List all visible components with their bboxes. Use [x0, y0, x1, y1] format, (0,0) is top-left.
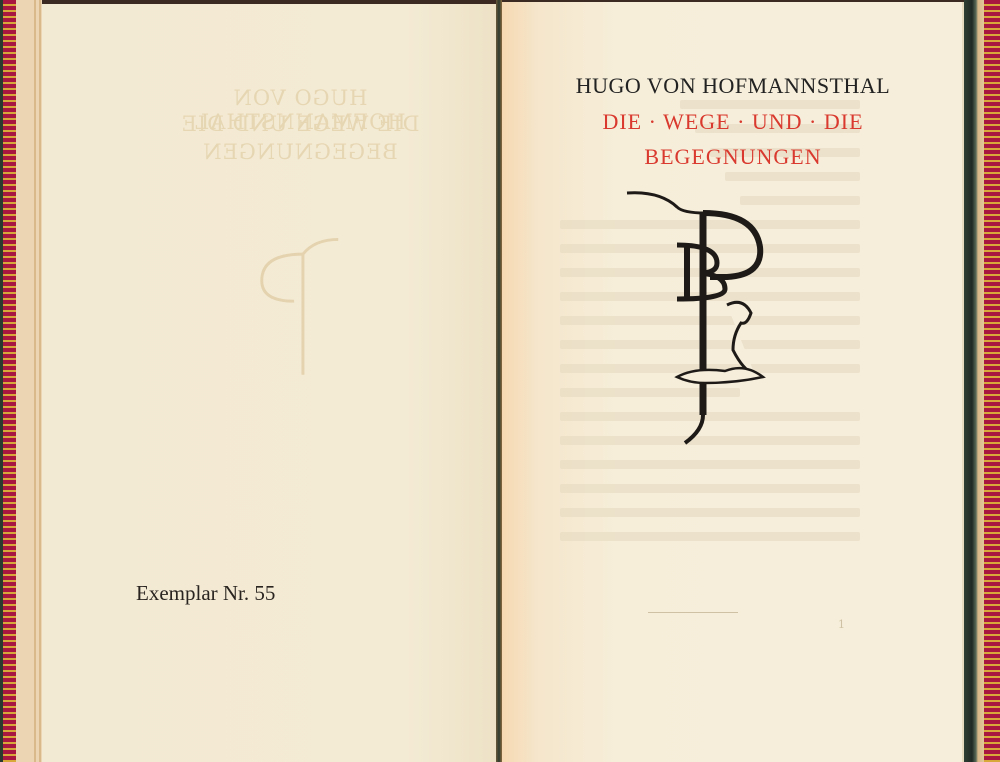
page-edges-right	[964, 0, 984, 762]
show-through-title-1: DIE WEGE UND DIE	[180, 112, 420, 136]
binding-right-edge	[984, 0, 1000, 762]
title-line-2: BEGEGNUNGEN	[502, 144, 964, 170]
bp-monogram-icon	[615, 185, 785, 445]
title-line-1: DIE · WEGE · UND · DIE	[502, 109, 964, 135]
open-book: HUGO VON HOFMANNSTHAL DIE WEGE UND DIE B…	[0, 0, 1000, 762]
show-through-title-2: BEGEGNUNGEN	[200, 140, 400, 164]
footer-rule	[648, 612, 738, 613]
binding-left-edge	[0, 0, 16, 762]
page-edges-left	[16, 0, 42, 762]
page-number: 1	[838, 618, 845, 631]
exemplar-number: Exemplar Nr. 55	[136, 581, 275, 606]
show-through-monogram-icon	[250, 210, 350, 410]
author-name: HUGO VON HOFMANNSTHAL	[502, 73, 964, 99]
